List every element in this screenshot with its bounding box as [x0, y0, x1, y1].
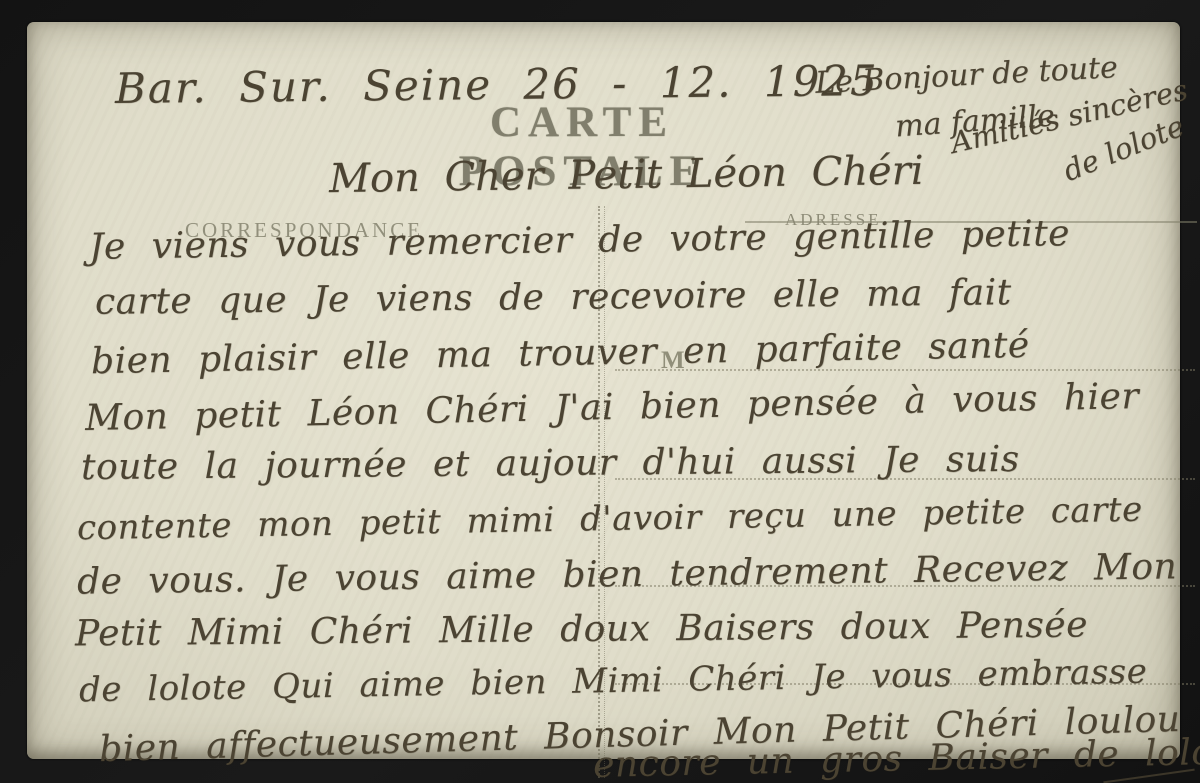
- handwritten-line: de lolote Qui aime bien Mimi Chéri Je vo…: [79, 652, 1148, 711]
- postcard: CARTE POSTALE CORRESPONDANCE ADRESSE M B…: [27, 22, 1180, 759]
- handwritten-line: carte que Je viens de recevoire elle ma …: [95, 272, 1012, 323]
- handwritten-dateline: Bar. Sur. Seine 26 - 12. 1925: [115, 56, 879, 113]
- handwritten-line: bien plaisir elle ma trouver en parfaite…: [91, 325, 1030, 382]
- handwritten-line: contente mon petit mimi d'avoir reçu une…: [77, 490, 1143, 549]
- handwritten-salutation: Mon Cher Petit Léon Chéri: [329, 148, 924, 202]
- handwritten-line: Mon petit Léon Chéri J'ai bien pensée à …: [85, 376, 1140, 439]
- handwritten-line: toute la journée et aujour d'hui aussi J…: [81, 439, 1020, 488]
- photo-background: CARTE POSTALE CORRESPONDANCE ADRESSE M B…: [0, 0, 1200, 783]
- handwritten-line: de vous. Je vous aime bien tendrement Re…: [77, 546, 1178, 602]
- handwritten-line: Petit Mimi Chéri Mille doux Baisers doux…: [75, 605, 1088, 655]
